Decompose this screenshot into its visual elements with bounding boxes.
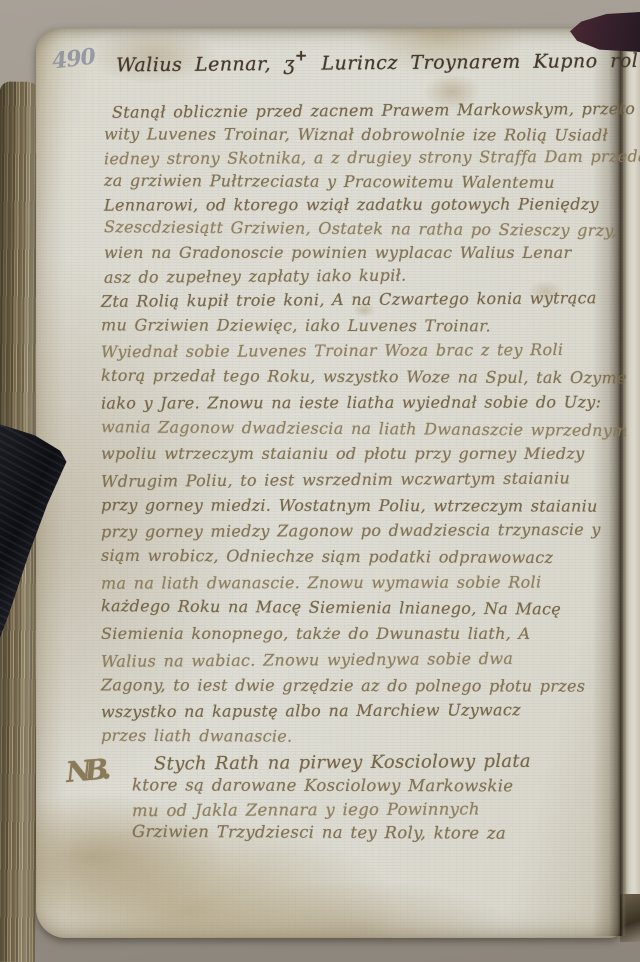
manuscript-line: każdego Roku na Macę Siemienia lnianego,… — [101, 594, 606, 623]
manuscript-line: przy gorney miedzy Zagonow po dwadziesci… — [101, 517, 606, 545]
manuscript-line: Siemienia konopnego, także do Dwunastu l… — [101, 621, 606, 647]
manuscript-line: siąm wrobicz, Odniechze siąm podatki odp… — [101, 543, 606, 571]
manuscript-line: Stanął oblicznie przed zacnem Prawem Mar… — [104, 97, 604, 124]
manuscript-line: Wdrugim Poliu, to iest wsrzednim wczwart… — [101, 465, 606, 494]
manuscript-line: Grziwien Trzydziesci na tey Roly, ktore … — [132, 820, 602, 846]
record-title-right: Lurincz Troynarem Kupno rol. — [321, 50, 640, 75]
binding-bottom-shadow — [620, 894, 640, 942]
manuscript-line: wity Luvenes Troinar, Wiznał dobrowolnie… — [104, 122, 604, 147]
manuscript-line: wania Zagonow dwadziescia na liath Dwana… — [101, 414, 606, 443]
manuscript-line: iedney strony Skotnika, a z drugiey stro… — [104, 145, 604, 171]
manuscript-line: mu Grziwien Dziewięc, iako Luvenes Troin… — [101, 312, 606, 339]
page-number: 490 — [51, 43, 97, 74]
manuscript-paragraph-2: Zta Rolią kupił troie koni, A na Czwarte… — [101, 287, 606, 750]
manuscript-line: Stych Rath na pirwey Kosciolowy plata — [132, 749, 602, 776]
manuscript-line: Szescdziesiątt Grziwien, Ostatek na rath… — [104, 215, 604, 242]
manuscript-line: wpoliu wtrzeczym staianiu od płotu przy … — [101, 441, 606, 467]
manuscript-line: wszystko na kapustę albo na Marchiew Uzy… — [101, 697, 606, 725]
nota-bene-mark: NB. — [65, 752, 114, 789]
manuscript-line: ktorą przedał tego Roku, wszystko Woze n… — [101, 363, 606, 391]
manuscript-line: ktore są darowane Kosciolowy Markowskie — [132, 774, 602, 799]
manuscript-line: przy gorney miedzi. Wostatnym Poliu, wtr… — [101, 492, 606, 519]
facing-page-sliver — [622, 36, 640, 908]
record-title-left: Walius Lennar, ʒ — [116, 53, 295, 77]
manuscript-line: iako y Jare. Znowu na ieste liatha wyied… — [101, 389, 606, 416]
record-title: Walius Lennar, ʒ+ Lurincz Troynarem Kupn… — [116, 46, 596, 77]
manuscript-line: wien na Gradonoscie powinien wyplacac Wa… — [104, 241, 604, 265]
manuscript-line: Walius na wabiac. Znowu wyiednywa sobie … — [101, 645, 606, 674]
manuscript-line: za grziwien Pułtrzeciasta y Pracowitemu … — [104, 169, 604, 195]
manuscript-line: Zta Rolią kupił troie koni, A na Czwarte… — [101, 285, 606, 314]
manuscript-paragraph-3: Stych Rath na pirwey Kosciolowy platakto… — [132, 751, 602, 845]
manuscript-line: Wyiednał sobie Luvenes Troinar Woza brac… — [101, 337, 606, 365]
manuscript-line: przes liath dwanascie. — [101, 723, 606, 751]
manuscript-line: Zagony, to iest dwie grzędzie az do poln… — [101, 672, 606, 699]
manuscript-line: Lennarowi, od ktorego wziął zadatku goto… — [104, 193, 604, 218]
manuscript-paragraph-1: Stanął oblicznie przed zacnem Prawem Mar… — [104, 99, 604, 288]
manuscript-photo: 490 Walius Lennar, ʒ+ Lurincz Troynarem … — [0, 0, 640, 962]
manuscript-line: ma na liath dwanascie. Znowu wymawia sob… — [101, 569, 606, 596]
manuscript-line: mu od Jakla Zennara y iego Powinnych — [132, 797, 602, 823]
cross-mark-icon: + — [295, 46, 308, 64]
